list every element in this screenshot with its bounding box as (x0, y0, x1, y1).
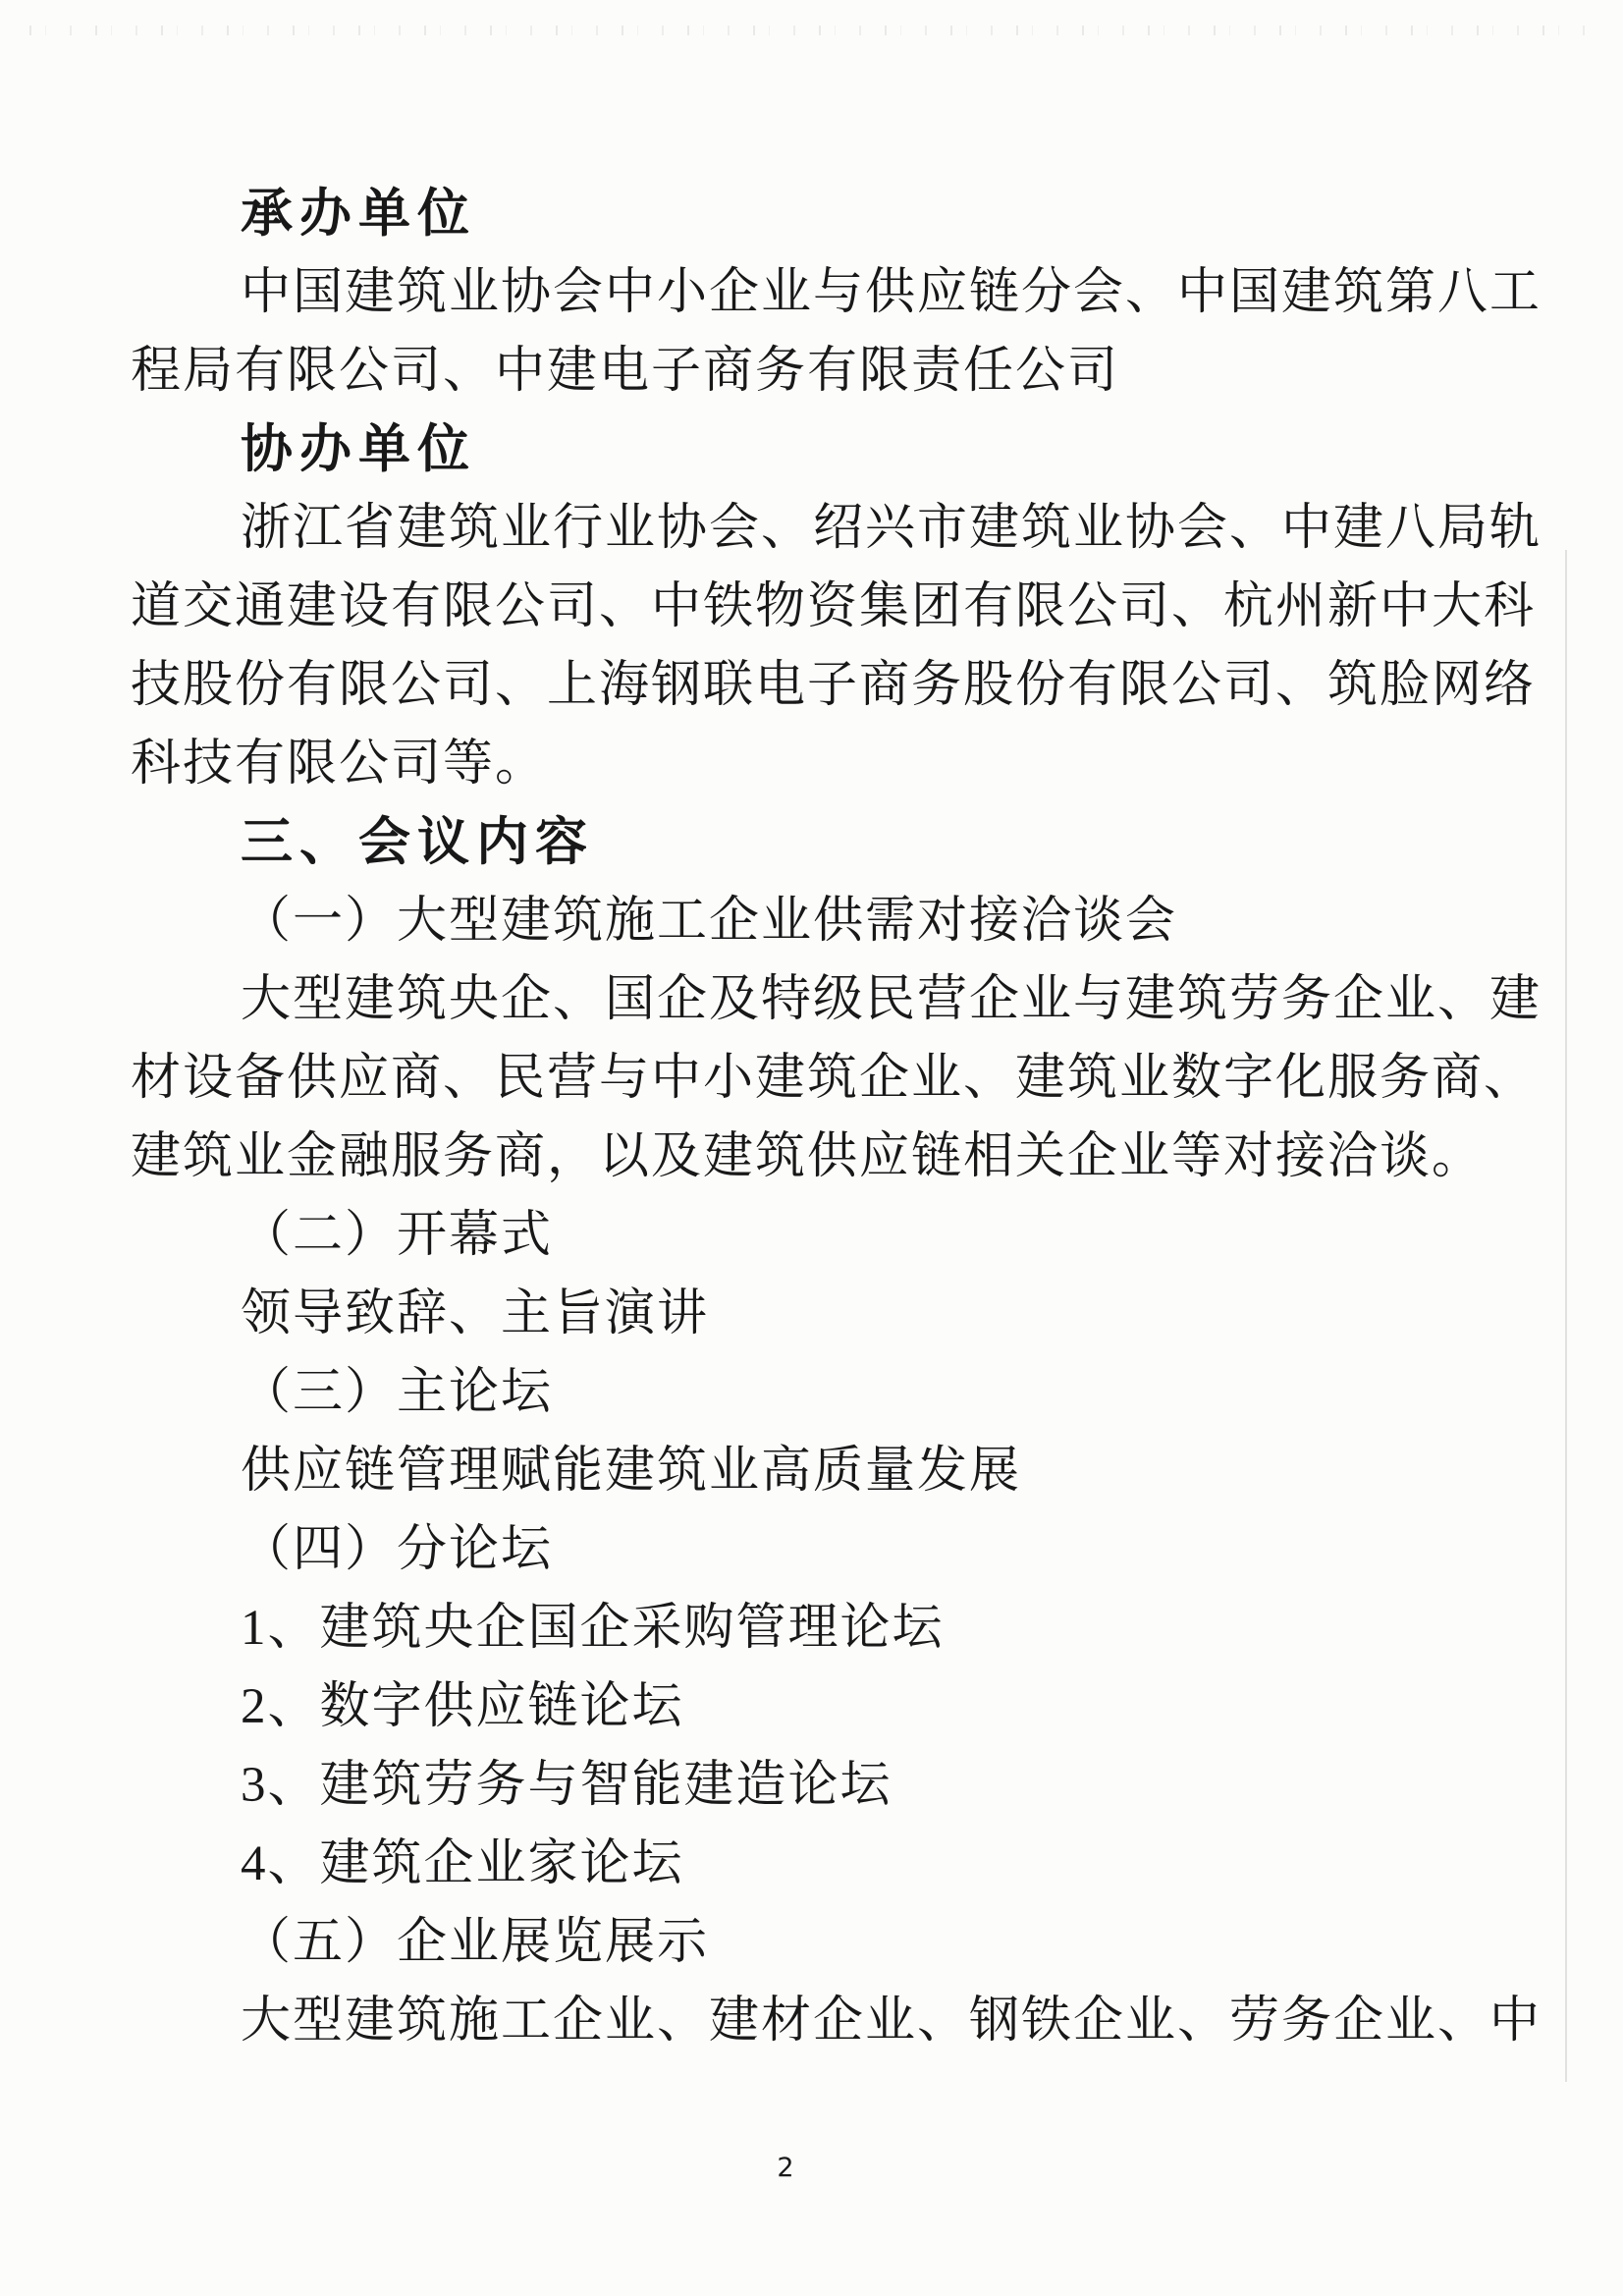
heading-section-3: 三、会议内容 (131, 803, 1525, 882)
forum-list-item-2: 2、数字供应链论坛 (131, 1667, 1525, 1746)
subsection-1-text-line-2: 材设备供应商、民营与中小建筑企业、建筑业数字化服务商、 (131, 1039, 1525, 1118)
subsection-5-text-line-1: 大型建筑施工企业、建材企业、钢铁企业、劳务企业、中 (131, 1982, 1525, 2060)
subsection-3-title: （三）主论坛 (131, 1353, 1525, 1432)
co-organizer-text-line-3: 技股份有限公司、上海钢联电子商务股份有限公司、筑脸网络 (131, 646, 1525, 725)
scan-artifact-speckles (29, 26, 1594, 35)
heading-co-organizer: 协办单位 (131, 410, 1525, 489)
subsection-2-title: （二）开幕式 (131, 1196, 1525, 1275)
subsection-2-text-line-1: 领导致辞、主旨演讲 (131, 1275, 1525, 1353)
heading-organizer: 承办单位 (131, 175, 1525, 253)
subsection-1-text-line-3: 建筑业金融服务商，以及建筑供应链相关企业等对接洽谈。 (131, 1118, 1525, 1196)
page-number: 2 (0, 2153, 1571, 2183)
subsection-1-text-line-1: 大型建筑央企、国企及特级民营企业与建筑劳务企业、建 (131, 960, 1525, 1039)
subsection-3-text-line-1: 供应链管理赋能建筑业高质量发展 (131, 1432, 1525, 1510)
document-page: 承办单位 中国建筑业协会中小企业与供应链分会、中国建筑第八工 程局有限公司、中建… (0, 0, 1623, 2296)
forum-list-item-4: 4、建筑企业家论坛 (131, 1825, 1525, 1903)
co-organizer-text-line-2: 道交通建设有限公司、中铁物资集团有限公司、杭州新中大科 (131, 568, 1525, 646)
organizer-text-line-1: 中国建筑业协会中小企业与供应链分会、中国建筑第八工 (131, 253, 1525, 332)
forum-list-item-1: 1、建筑央企国企采购管理论坛 (131, 1589, 1525, 1667)
co-organizer-text-line-1: 浙江省建筑业行业协会、绍兴市建筑业协会、中建八局轨 (131, 489, 1525, 568)
subsection-4-title: （四）分论坛 (131, 1510, 1525, 1589)
scan-artifact-streak (1565, 550, 1567, 2082)
subsection-1-title: （一）大型建筑施工企业供需对接洽谈会 (131, 882, 1525, 960)
co-organizer-text-line-4: 科技有限公司等。 (131, 725, 1525, 803)
forum-list-item-3: 3、建筑劳务与智能建造论坛 (131, 1746, 1525, 1825)
organizer-text-line-2: 程局有限公司、中建电子商务有限责任公司 (131, 332, 1525, 410)
subsection-5-title: （五）企业展览展示 (131, 1903, 1525, 1982)
document-body: 承办单位 中国建筑业协会中小企业与供应链分会、中国建筑第八工 程局有限公司、中建… (131, 175, 1525, 2060)
